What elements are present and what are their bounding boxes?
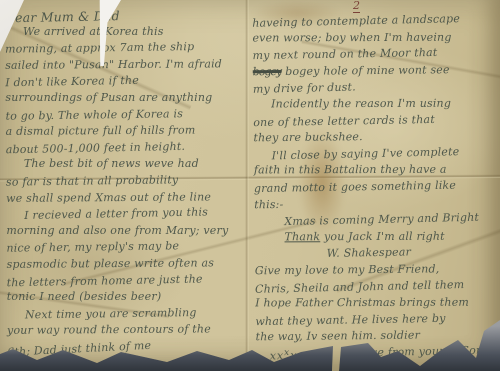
underlined-word: Thank xyxy=(284,230,320,243)
letter-line-text: you Jack I'm all right xyxy=(320,229,445,242)
page-number: 2 xyxy=(353,0,360,13)
letter-page-2-column: haveing to contemplate a landscape even … xyxy=(252,13,500,364)
letter-line: surroundings of Pusan are anything xyxy=(5,91,245,108)
letter-line: The best bit of news weve had xyxy=(6,157,246,174)
letter-page-1-column: Dear Mum & Dad We arrived at Korea this … xyxy=(5,7,247,357)
signature-closing: Love from your ^ Son xyxy=(356,343,483,362)
letter-line: tonic I need (besides beer) xyxy=(7,290,247,307)
letter-line: We arrived at Korea this xyxy=(5,25,245,42)
kisses-text: xx xyxy=(290,349,305,362)
letter-line: I hope Father Christmas brings them xyxy=(255,296,500,313)
salutation: Dear Mum & Dad xyxy=(5,6,245,27)
letter-photo: Dear Mum & Dad We arrived at Korea this … xyxy=(0,0,500,371)
kisses: xxxxx xyxy=(256,348,305,366)
letter-line: Incidently the reason I'm using xyxy=(253,97,499,114)
letter-line-text: bogey hole of mine wont see xyxy=(285,63,450,78)
scribbled-out-word: bogey xyxy=(253,65,282,78)
kisses-text: xx xyxy=(270,349,285,362)
letter-line: I recieved a letter from you this xyxy=(6,205,246,226)
letter-paper: Dear Mum & Dad We arrived at Korea this … xyxy=(0,0,500,371)
